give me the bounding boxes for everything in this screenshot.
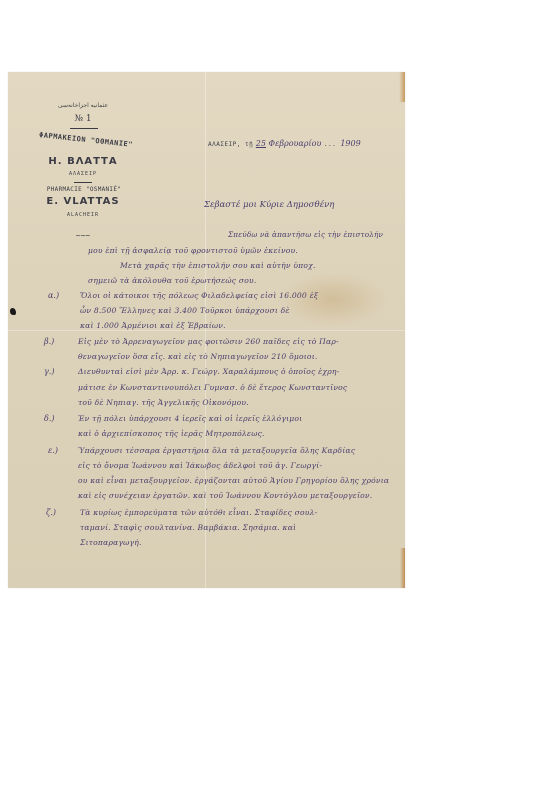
item-line: Σιτοπαραγωγή. — [80, 538, 142, 547]
letterhead-arc-title: ΦΑΡΜΑΚΕΙΟΝ "ΟΘΜΑΝΙΕ" — [26, 130, 146, 150]
item-line: θεναγωγεῖον ὅσα εἴς. καὶ εἰς τὸ Νηπιαγωγ… — [78, 352, 318, 361]
body-line: σημειῶ τὰ ἀκόλουθα τοῦ ἐρωτήσεώς σου. — [88, 276, 256, 285]
item-line: ταμανί. Σταφὶς σουλτανίνα. Βαμβάκια. Σησ… — [80, 523, 296, 532]
date-year: 1909 — [340, 139, 360, 148]
date-line: ΑΛΑΣΕΙΡ, τῇ 25 Φεβρουαρίου ... 1909 — [208, 139, 361, 148]
letterhead-ottoman-text: عثمانیه اجزاخانه‌سی — [28, 102, 138, 109]
item-line: μάτισε ἐν Κωνσταντινουπόλει Γυμνασ. ὁ δὲ… — [78, 383, 347, 392]
body-line: Μετὰ χαρᾶς τὴν ἐπιστολήν σου καὶ αὐτὴν ὑ… — [120, 261, 316, 270]
letterhead-divider — [70, 128, 98, 129]
item-label: ε.) — [48, 446, 58, 455]
item-line: καὶ εἰς συνέχειαν ἐργατῶν. καὶ τοῦ Ἰωάνν… — [78, 491, 372, 500]
paper-fold-line — [8, 330, 405, 331]
paper-edge-stain — [400, 548, 405, 588]
letter-paper: عثمانیه اجزاخانه‌سی № 1 ΦΑΡΜΑΚΕΙΟΝ "ΟΘΜΑ… — [8, 72, 405, 588]
item-line: εἰς τὸ ὄνομα Ἰωάννου καὶ Ἰάκωβος ἀδελφοὶ… — [78, 461, 322, 470]
item-label: γ.) — [44, 367, 54, 376]
item-line: Ὅλοι οἱ κάτοικοι τῆς πόλεως Φιλαδελφείας… — [80, 291, 318, 300]
ink-blot-mark — [10, 308, 16, 315]
date-month: Φεβρουαρίου — [269, 139, 322, 148]
item-label: β.) — [44, 337, 54, 346]
item-line: ου καὶ εἶναι μεταξουργεῖον. ἐργάζονται α… — [78, 476, 389, 485]
letterhead-latin-city: ALACHEIR — [28, 212, 138, 218]
letterhead-flourish: ~~~ — [58, 231, 108, 240]
item-line: Ὑπάρχουσι τέσσαρα ἐργαστήρια ὅλα τὰ μετα… — [78, 446, 355, 455]
item-line: ὧν 8.500 Ἕλληνες καὶ 3.400 Τοῦρκοι ὑπάρχ… — [80, 306, 290, 315]
letterhead-divider — [74, 182, 92, 183]
item-label: α.) — [48, 291, 59, 300]
item-line: Εἰς μὲν τὸ Ἀρρεναγωγεῖον μας φοιτῶσιν 26… — [78, 337, 339, 346]
item-line: καὶ ὁ ἀρχιεπίσκοπος τῆς ἱερᾶς Μητροπόλεω… — [78, 429, 265, 438]
date-printed-place: ΑΛΑΣΕΙΡ, τῇ — [208, 141, 253, 148]
item-line: Ἐν τῇ πόλει ὑπάρχουσι 4 ἱερεῖς καὶ οἱ ἱε… — [78, 414, 302, 423]
body-line: Σπεύδω νὰ ἀπαντήσω εἰς τὴν ἐπιστολήν — [228, 230, 383, 239]
date-day: 25 — [256, 139, 266, 148]
letterhead-greek-city: ΑΛΑΣΕΙΡ — [28, 171, 138, 177]
item-line: Διευθυνταὶ εἰσὶ μὲν Ἀρρ. κ. Γεώργ. Χαραλ… — [78, 367, 339, 376]
item-line: καὶ 1.000 Ἀρμένιοι καὶ ἐξ Ἑβραίων. — [80, 321, 226, 330]
letterhead-french-line: PHARMACIE "OSMANIÉ" — [28, 186, 140, 193]
salutation: Σεβαστέ μοι Κύριε Δημοσθένη — [204, 200, 334, 210]
item-label: ζ.) — [46, 508, 56, 517]
body-line: μου ἐπὶ τῇ ἀσφαλείᾳ τοῦ φροντιστοῦ ὑμῶν … — [88, 246, 298, 255]
letterhead-greek-name: Η. ΒΛΑΤΤΑ — [28, 156, 138, 167]
item-label: δ.) — [44, 414, 54, 423]
letterhead-number: № 1 — [28, 114, 138, 124]
item-line: τοῦ δὲ Νηπιαγ. τῆς Ἀγγελικῆς Οἰκονόμου. — [78, 398, 249, 407]
letterhead-latin-name: E. VLATTAS — [28, 196, 138, 207]
item-line: Τὰ κυρίως ἐμπορεύματα τῶν αὐτόθι εἶναι. … — [80, 508, 317, 517]
